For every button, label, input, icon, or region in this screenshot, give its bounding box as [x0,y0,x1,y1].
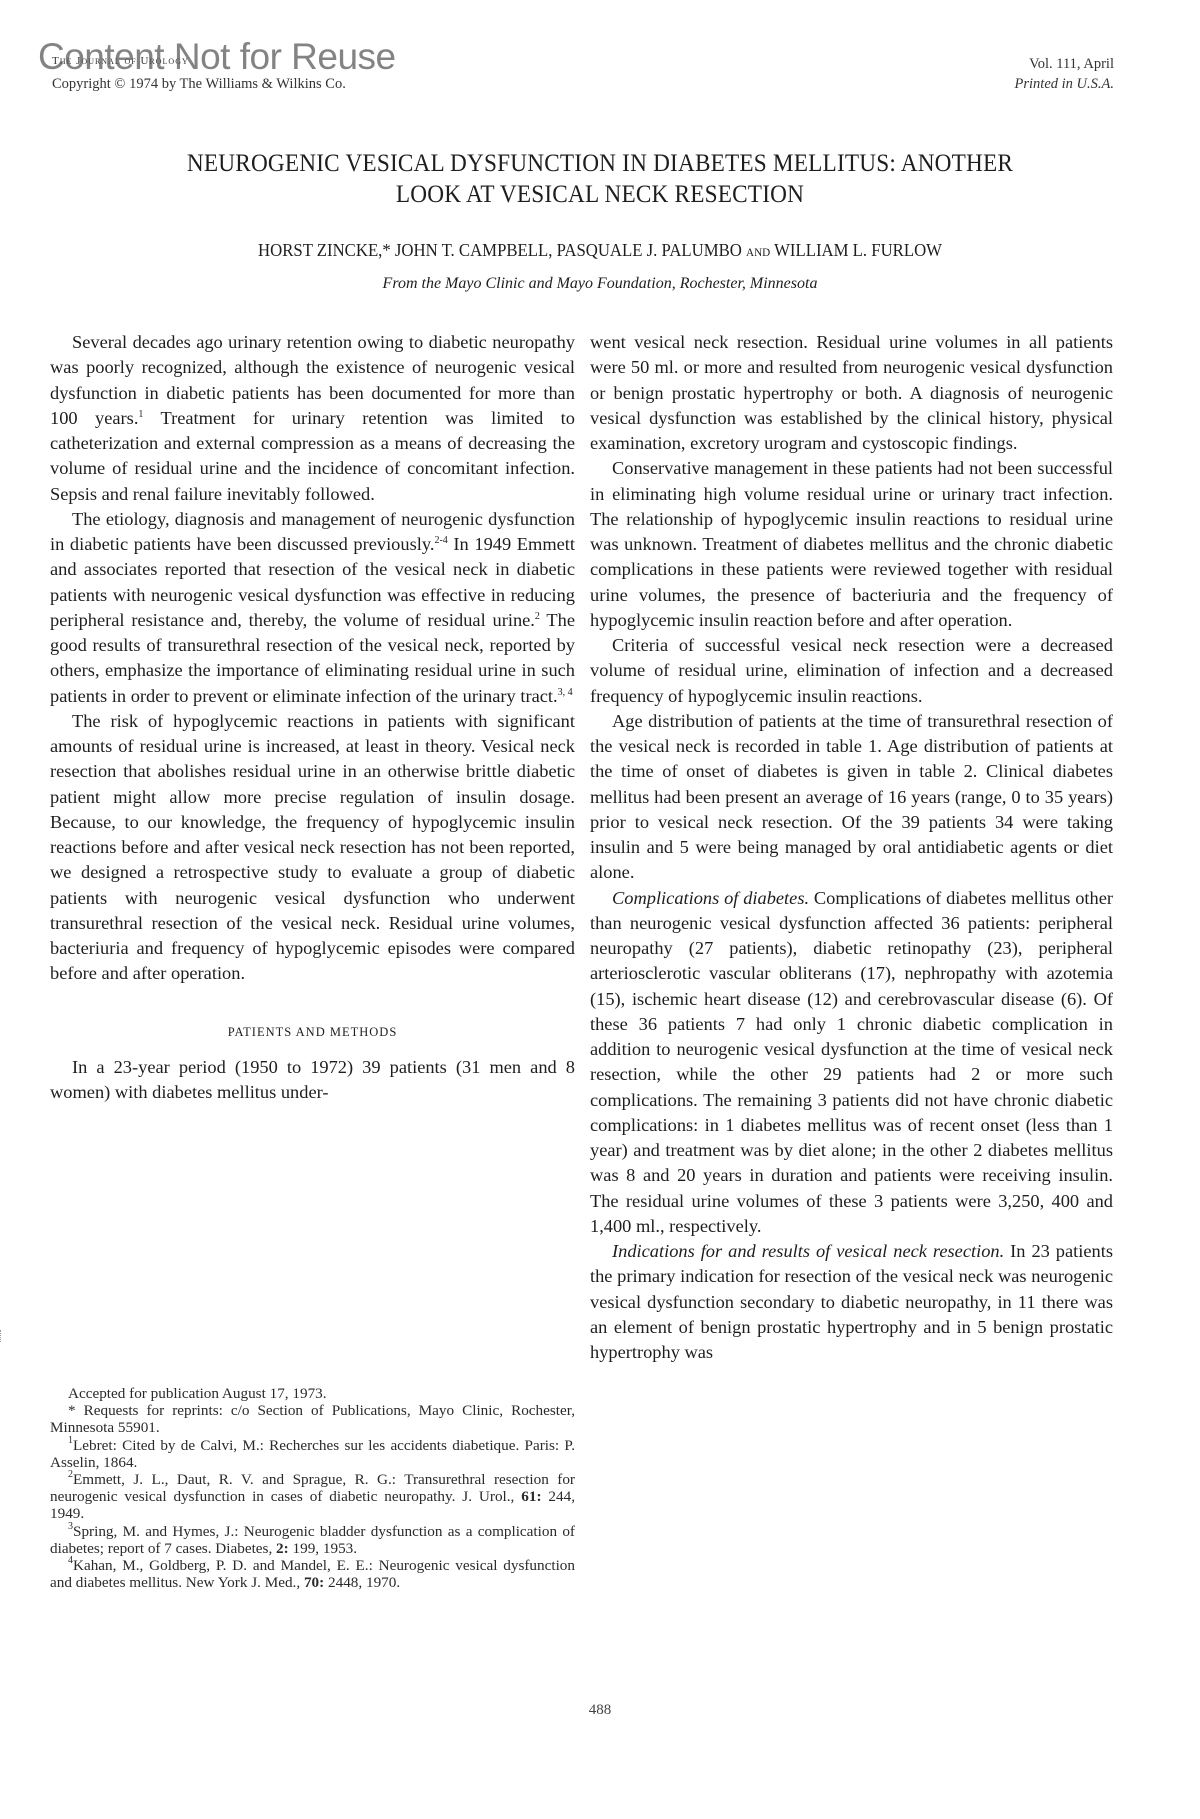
citation-ref: 3, 4 [558,687,573,698]
reference-1: 1Lebret: Cited by de Calvi, M.: Recherch… [50,1437,575,1471]
left-column: Several decades ago urinary retention ow… [50,330,575,1105]
methods-paragraph-continued: went vesical neck resection. Residual ur… [590,330,1113,456]
methods-paragraph-3: Criteria of successful vesical neck rese… [590,633,1113,709]
text: 199, 1953. [289,1540,357,1557]
page-number: 488 [0,1702,1200,1719]
text: Complications of diabetes mellitus other… [590,888,1113,1236]
intro-paragraph-1: Several decades ago urinary retention ow… [50,330,575,507]
volume-info: Vol. 111, April [1029,56,1114,73]
authors-part-1: HORST ZINCKE,* JOHN T. CAMPBELL, PASQUAL… [258,240,742,260]
authors-and: AND [746,245,770,259]
volume: 2: [276,1540,289,1557]
printed-in: Printed in U.S.A. [1015,76,1114,93]
reference-3: 3Spring, M. and Hymes, J.: Neurogenic bl… [50,1523,575,1557]
section-heading: PATIENTS AND METHODS [50,1020,575,1045]
indications-paragraph: Indications for and results of vesical n… [590,1239,1113,1365]
footnote-accepted: Accepted for publication August 17, 1973… [50,1385,575,1402]
text: 2448, 1970. [324,1574,400,1591]
footnotes: Accepted for publication August 17, 1973… [50,1385,575,1591]
reference-4: 4Kahan, M., Goldberg, P. D. and Mandel, … [50,1557,575,1591]
footnote-mark: * [68,1402,76,1419]
intro-paragraph-2: The etiology, diagnosis and management o… [50,507,575,709]
methods-paragraph-4: Age distribution of patients at the time… [590,709,1113,886]
affiliation: From the Mayo Clinic and Mayo Foundation… [60,275,1140,293]
right-column: went vesical neck resection. Residual ur… [590,330,1113,1365]
title-line-2: LOOK AT VESICAL NECK RESECTION [98,179,1102,210]
run-in-heading: Indications for and results of vesical n… [612,1241,1004,1261]
text: Emmett, J. L., Daut, R. V. and Sprague, … [50,1471,575,1505]
methods-paragraph-2: Conservative management in these patient… [590,456,1113,633]
citation-ref: 2-4 [434,535,447,546]
title-line-1: NEUROGENIC VESICAL DYSFUNCTION IN DIABET… [98,148,1102,179]
footnote-reprints: * Requests for reprints: c/o Section of … [50,1402,575,1436]
methods-paragraph-1: In a 23-year period (1950 to 1972) 39 pa… [50,1055,575,1106]
scan-edge-mark [0,1330,4,1342]
volume: 70: [304,1574,324,1591]
author-list: HORST ZINCKE,* JOHN T. CAMPBELL, PASQUAL… [98,240,1102,261]
volume: 61: [521,1488,541,1505]
reference-2: 2Emmett, J. L., Daut, R. V. and Sprague,… [50,1471,575,1523]
authors-part-2: WILLIAM L. FURLOW [774,240,942,260]
copyright-line: Copyright © 1974 by The Williams & Wilki… [52,76,346,93]
intro-paragraph-3: The risk of hypoglycemic reactions in pa… [50,709,575,987]
text: Requests for reprints: c/o Section of Pu… [50,1402,575,1436]
text: Lebret: Cited by de Calvi, M.: Recherche… [50,1437,575,1471]
run-in-heading: Complications of diabetes. [612,888,809,908]
complications-paragraph: Complications of diabetes. Complications… [590,886,1113,1240]
watermark: Content Not for Reuse [38,38,396,75]
article-title: NEUROGENIC VESICAL DYSFUNCTION IN DIABET… [98,148,1102,210]
